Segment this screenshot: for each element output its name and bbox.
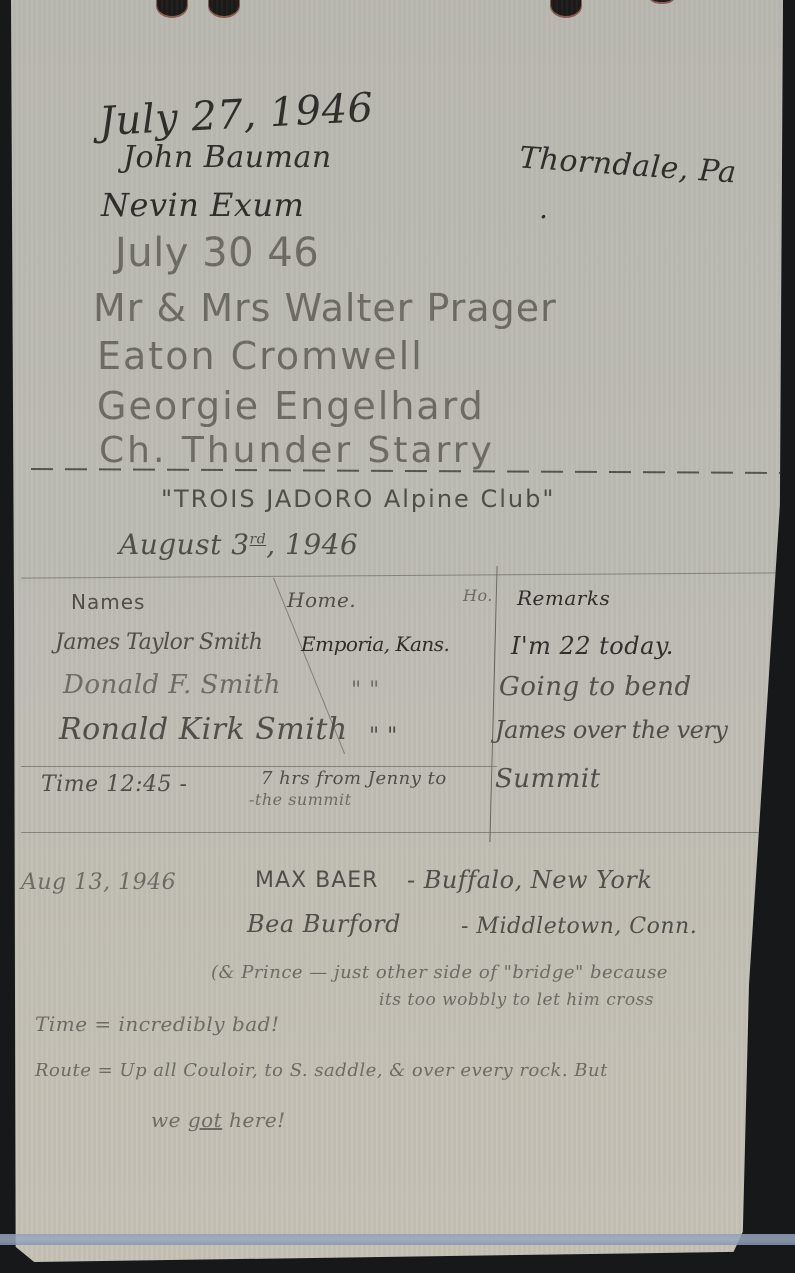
remark-line: Going to bend: [499, 672, 692, 702]
binding-hole: [157, 0, 187, 16]
entry1-date: July 27, 1946: [98, 85, 375, 145]
entry1-name-nevin-exum: Nevin Exum: [101, 186, 304, 224]
entry4-closing: we got here!: [151, 1108, 286, 1132]
time-note-2: -the summit: [249, 790, 352, 809]
entry4-place-middletown: - Middletown, Conn.: [461, 914, 697, 939]
entry4-date: Aug 13, 1946: [21, 870, 176, 895]
header-ho: Ho.: [463, 586, 493, 605]
entry4-place-buffalo: - Buffalo, New York: [407, 866, 652, 894]
table-row-home: Emporia, Kans.: [301, 632, 449, 656]
time-top-rule: [21, 766, 497, 767]
entry2-name-cromwell: Eaton Cromwell: [97, 334, 424, 378]
entry3-date: August 3rd, 1946: [119, 528, 358, 561]
entry4-prince-note: (& Prince — just other side of "bridge" …: [211, 962, 668, 983]
entry2-name-prager: Mr & Mrs Walter Prager: [93, 286, 557, 330]
time-note: 7 hrs from Jenny to: [261, 768, 447, 789]
entry1-name-john-bauman: John Bauman: [123, 140, 332, 175]
entry4-name-bea-burford: Bea Burford: [247, 910, 401, 938]
table-row-name: James Taylor Smith: [55, 630, 262, 655]
entry4-name-max-baer: MAX BAER: [255, 868, 378, 893]
binding-hole: [209, 0, 239, 16]
entry2-name-engelhard: Georgie Engelhard: [97, 384, 485, 428]
table-row-name: Donald F. Smith: [63, 670, 281, 700]
binding-hole: [551, 0, 581, 16]
remarks-divider: [489, 566, 497, 842]
table-row-home: " ": [351, 678, 380, 703]
remark-line: I'm 22 today.: [511, 632, 674, 660]
table-row-name: Ronald Kirk Smith: [59, 712, 348, 747]
table-row-home: " ": [369, 724, 398, 749]
summit-time: Time 12:45 -: [41, 772, 187, 797]
table-bottom-rule: [21, 832, 781, 833]
binding-hole: [651, 0, 673, 2]
header-home: Home.: [287, 588, 356, 612]
entry4-route: Route = Up all Couloir, to S. saddle, & …: [35, 1060, 608, 1081]
table-top-rule: [21, 572, 781, 578]
entry2-name-dog: Ch. Thunder Starry: [99, 430, 495, 471]
entry2-date: July 30 46: [115, 230, 319, 276]
header-remarks: Remarks: [517, 586, 610, 610]
header-names: Names: [71, 590, 145, 614]
entry4-prince-note-2: its too wobbly to let him cross: [379, 990, 654, 1010]
entry1-period: .: [539, 192, 548, 225]
remark-line: Summit: [495, 764, 601, 794]
entry4-time: Time = incredibly bad!: [35, 1012, 280, 1036]
register-page: July 27, 1946 John Bauman Thorndale, Pa …: [11, 0, 783, 1262]
club-name: "TROIS JADORO Alpine Club": [161, 485, 555, 513]
display-clip-bar: [0, 1234, 795, 1245]
remark-line: James over the very: [495, 716, 727, 744]
entry1-place-thorndale: Thorndale, Pa: [518, 140, 738, 190]
